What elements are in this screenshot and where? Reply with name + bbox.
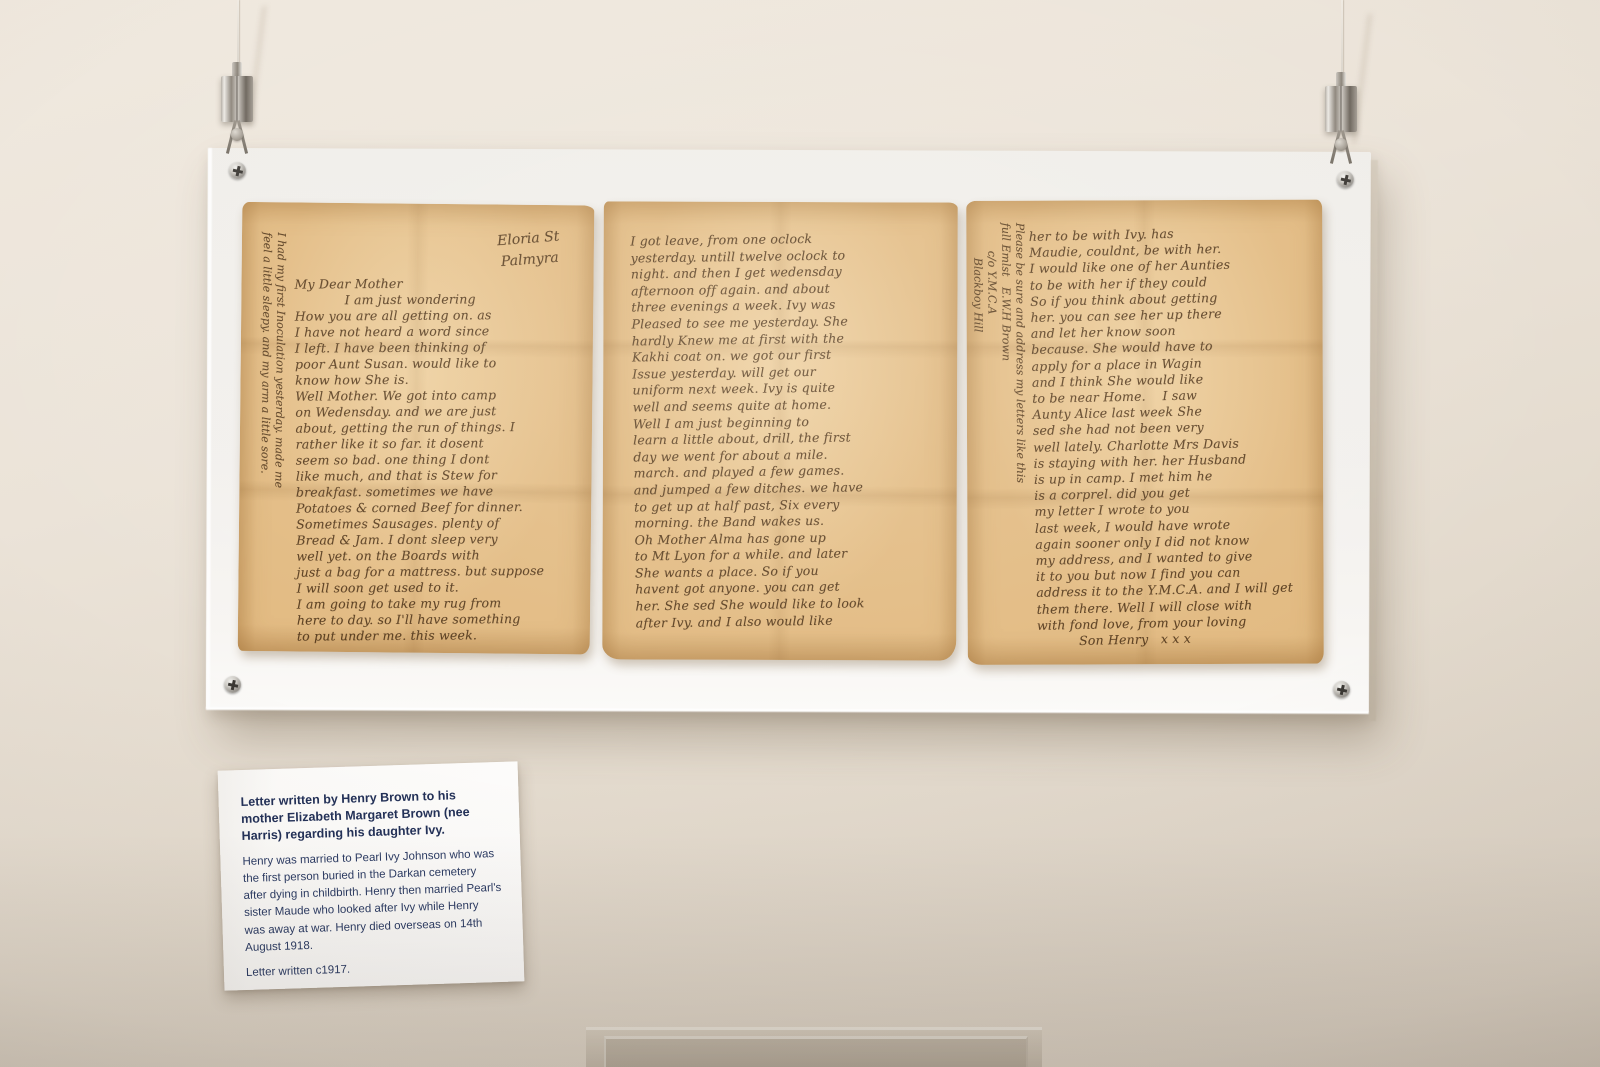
panel-side-edge <box>1369 160 1378 721</box>
hanger-clamp-left <box>219 62 255 160</box>
corner-screw-bottom-left <box>224 676 241 693</box>
letter-page-3: Please be sure and address my letters li… <box>966 200 1324 665</box>
corner-screw-top-right <box>1337 171 1354 188</box>
hanger-clamp-right <box>1323 72 1359 170</box>
hanger-block <box>1325 86 1357 132</box>
label-card-body: Henry was married to Pearl Ivy Johnson w… <box>242 846 503 958</box>
letter-page-2: I got leave, from one oclock yesterday. … <box>602 201 958 660</box>
letter-margin-note: I had my first Inoculation yesterday. ma… <box>257 232 288 488</box>
display-case-inner-edge <box>604 1036 1028 1067</box>
panel-edge-highlight <box>206 707 1369 714</box>
label-card: Letter written by Henry Brown to his mot… <box>218 761 525 990</box>
exhibit-wall: { "colors": { "wall": "#e9e1d6", "acryli… <box>0 0 1600 1067</box>
display-case-top-edge <box>586 1027 1042 1067</box>
hanger-hook-bead <box>231 128 243 141</box>
letter-handwriting: I got leave, from one oclock yesterday. … <box>630 230 865 631</box>
hanger-hook-bead <box>1335 138 1347 151</box>
corner-screw-top-left <box>229 162 246 179</box>
letter-handwriting: My Dear Mother I am just wondering How y… <box>294 275 544 645</box>
label-card-title: Letter written by Henry Brown to his mot… <box>240 786 499 845</box>
corner-screw-bottom-right <box>1333 681 1350 698</box>
letter-address-heading: Eloria St Palmyra <box>496 227 561 274</box>
panel-edge-highlight <box>206 148 212 709</box>
letter-margin-note: Please be sure and address my letters li… <box>970 223 1027 484</box>
letter-handwriting: her to be with Ivy. has Maudie, couldnt,… <box>1029 224 1295 651</box>
hanger-block <box>221 76 253 122</box>
label-card-footer: Letter written c1917. <box>246 959 504 979</box>
letter-page-1: Eloria St Palmyra I had my first Inocula… <box>238 202 595 655</box>
acrylic-mount-panel: Eloria St Palmyra I had my first Inocula… <box>206 148 1371 713</box>
